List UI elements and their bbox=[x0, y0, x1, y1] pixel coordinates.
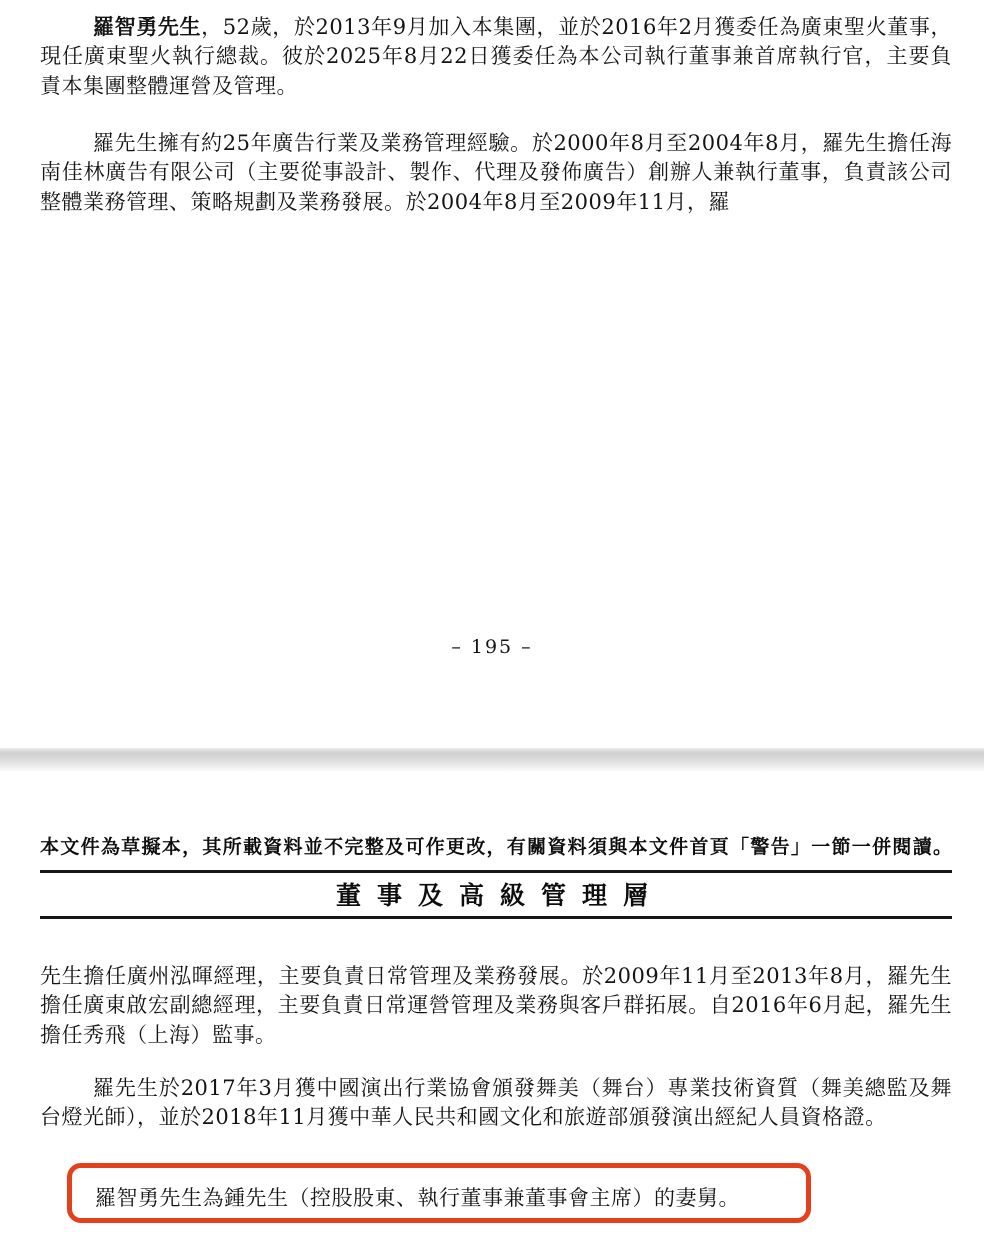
highlight-annotation-box: 羅智勇先生為鍾先生（控股股東、執行董事兼董事會主席）的妻舅。 bbox=[67, 1163, 811, 1223]
section-title: 董事及高級管理層 bbox=[0, 881, 984, 911]
draft-disclaimer: 本文件為草擬本，其所載資料並不完整及可作更改，有關資料須與本文件首頁「警告」一節… bbox=[40, 835, 952, 859]
bio-paragraph-4: 羅先生於2017年3月獲中國演出行業協會頒發舞美（舞台）專業技術資質（舞美總監及… bbox=[40, 1074, 952, 1133]
person-name-bold: 羅智勇先生 bbox=[93, 14, 201, 39]
bio-paragraph-2: 羅先生擁有約25年廣告行業及業務管理經驗。於2000年8月至2004年8月，羅先… bbox=[40, 129, 952, 217]
page-break-divider bbox=[0, 748, 984, 771]
header-rule-top bbox=[40, 870, 952, 873]
bio-paragraph-3: 先生擔任廣州泓暉經理，主要負責日常管理及業務發展。於2009年11月至2013年… bbox=[40, 962, 952, 1050]
bio-paragraph-1: 羅智勇先生，52歲，於2013年9月加入本集團，並於2016年2月獲委任為廣東聖… bbox=[40, 12, 952, 101]
highlighted-note-text: 羅智勇先生為鍾先生（控股股東、執行董事兼董事會主席）的妻舅。 bbox=[95, 1184, 792, 1213]
page-number: – 195 – bbox=[0, 636, 984, 658]
document-page: 羅智勇先生，52歲，於2013年9月加入本集團，並於2016年2月獲委任為廣東聖… bbox=[0, 0, 984, 1234]
header-rule-bottom bbox=[40, 916, 952, 919]
